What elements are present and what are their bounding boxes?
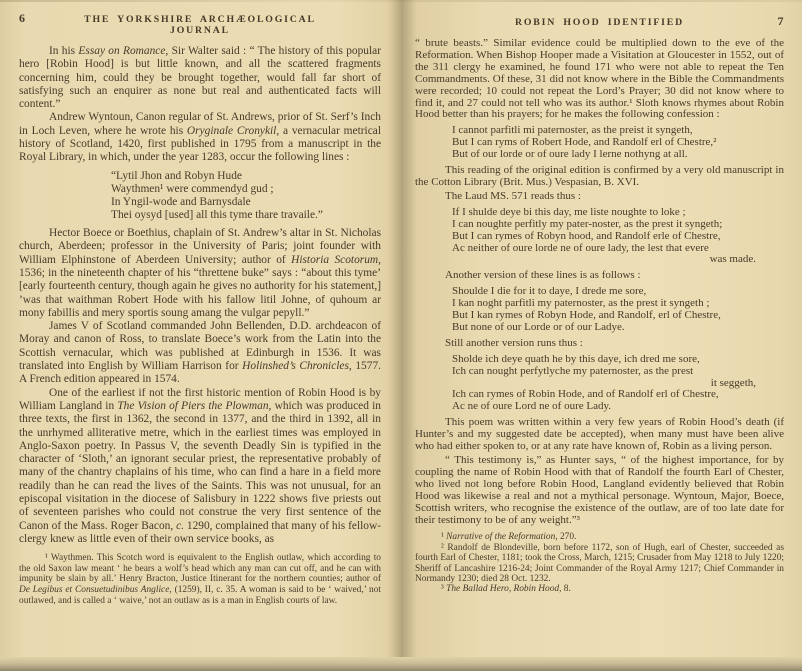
- running-header-right: ROBIN HOOD IDENTIFIED 7: [415, 14, 784, 29]
- running-title-left: THE YORKSHIRE ARCHÆOLOGICAL JOURNAL: [59, 14, 341, 36]
- verse-block: “Lytil Jhon and Robyn Hude Waythmen¹ wer…: [111, 170, 381, 222]
- verse-block: If I shulde deye bi this day, me liste n…: [452, 207, 784, 267]
- verse-line: Waythmen¹ were commendyd gud ;: [111, 183, 381, 196]
- footnotes-right: ¹ Narrative of the Reformation, 270. ² R…: [415, 532, 784, 594]
- verse-line: But none of our Lorde or of our Ladye.: [452, 322, 784, 334]
- verse-line: Ac ne of oure Lord ne of oure Lady.: [452, 401, 784, 413]
- verse-line: But of our lorde or of oure lady I lerne…: [452, 149, 784, 161]
- verse-line: Sholde ich deye quath he by this daye, i…: [452, 354, 784, 366]
- page-bottom-edge: [0, 657, 802, 671]
- paragraph: Hector Boece or Boethius, chaplain of St…: [19, 227, 381, 320]
- verse-block: Sholde ich deye quath he by this daye, i…: [452, 354, 784, 414]
- paragraph: Still another version runs thus :: [415, 338, 784, 350]
- paragraph: The Laud MS. 571 reads thus :: [415, 191, 784, 203]
- verse-line: Ich can nought perfytlyche my paternoste…: [452, 366, 784, 378]
- verse-block: I cannot parfitli mi paternoster, as the…: [452, 125, 784, 161]
- running-title-right: ROBIN HOOD IDENTIFIED: [455, 17, 744, 28]
- footnote: ² Randolf de Blondeville, born before 11…: [415, 543, 784, 585]
- paragraph: This reading of the original edition is …: [415, 165, 784, 189]
- page-number-right: 7: [744, 14, 784, 29]
- page-left: 6 THE YORKSHIRE ARCHÆOLOGICAL JOURNAL In…: [0, 0, 401, 657]
- verse-block: Shoulde I die for it to daye, I drede me…: [452, 286, 784, 334]
- footnotes-left: ¹ Waythmen. This Scotch word is equivale…: [19, 553, 381, 606]
- page-right-body: “ brute beasts.” Similar evidence could …: [415, 38, 784, 526]
- paragraph: Another version of these lines is as fol…: [415, 270, 784, 282]
- verse-line: I can noughte perfitly my pater-noster, …: [452, 219, 784, 231]
- page-number-left: 6: [19, 11, 59, 26]
- verse-line: “Lytil Jhon and Robyn Hude: [111, 170, 381, 183]
- footnote: ¹ Waythmen. This Scotch word is equivale…: [19, 553, 381, 606]
- verse-line: But I can rymes of Robyn hood, and Rando…: [452, 231, 784, 243]
- paragraph: “ brute beasts.” Similar evidence could …: [415, 38, 784, 121]
- running-header-left: 6 THE YORKSHIRE ARCHÆOLOGICAL JOURNAL: [19, 11, 381, 36]
- paragraph: James V of Scotland commanded John Belle…: [19, 320, 381, 386]
- paragraph: “ This testimony is,” as Hunter says, “ …: [415, 455, 784, 526]
- paragraph: One of the earliest if not the first his…: [19, 387, 381, 547]
- verse-line-turnover: was made.: [452, 254, 756, 266]
- verse-line: If I shulde deye bi this day, me liste n…: [452, 207, 784, 219]
- page-left-body: In his Essay on Romance, Sir Walter said…: [19, 45, 381, 546]
- verse-line: In Yngil-wode and Barnysdale: [111, 196, 381, 209]
- book-spread: 6 THE YORKSHIRE ARCHÆOLOGICAL JOURNAL In…: [0, 0, 802, 671]
- verse-line: Thei oysyd [used] all this tyme thare tr…: [111, 209, 381, 222]
- paragraph: In his Essay on Romance, Sir Walter said…: [19, 45, 381, 111]
- paragraph: Andrew Wyntoun, Canon regular of St. And…: [19, 111, 381, 164]
- paragraph: This poem was written within a very few …: [415, 417, 784, 453]
- footnote: ³ The Ballad Hero, Robin Hood, 8.: [415, 584, 784, 594]
- page-right: ROBIN HOOD IDENTIFIED 7 “ brute beasts.”…: [401, 0, 802, 657]
- footnote: ¹ Narrative of the Reformation, 270.: [415, 532, 784, 542]
